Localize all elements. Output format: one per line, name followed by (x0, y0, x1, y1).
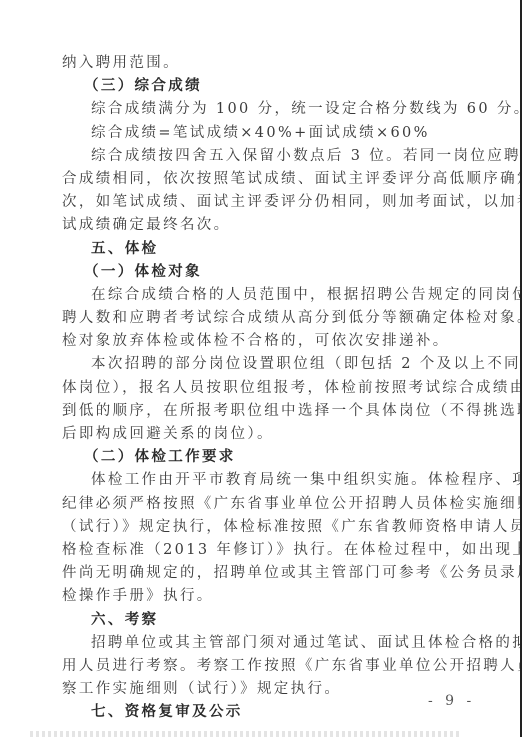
body-line: 综合成绩满分为 100 分，统一设定合格分数线为 60 分。 (62, 98, 467, 121)
body-line: 次，如笔试成绩、面试主评委评分仍相同，则加考面试，以加考面 (62, 191, 467, 214)
body-line: 试成绩确定最终名次。 (62, 214, 467, 237)
page-content: 纳入聘用范围。 （三）综合成绩 综合成绩满分为 100 分，统一设定合格分数线为… (62, 52, 467, 724)
body-line: 检对象放弃体检或体检不合格的，可依次安排递补。 (62, 330, 467, 353)
chapter-heading: 七、资格复审及公示 (62, 701, 467, 724)
section-heading: （三）综合成绩 (62, 75, 467, 98)
body-line: 体检工作由开平市教育局统一集中组织实施。体检程序、项目、 (62, 469, 467, 492)
body-line: 纪律必须严格按照《广东省事业单位公开招聘人员体检实施细则 (62, 493, 467, 516)
body-line: 聘人数和应聘者考试综合成绩从高分到低分等额确定体检对象。体 (62, 307, 467, 330)
page-number: - 9 - (428, 693, 475, 709)
chapter-heading: 五、体检 (62, 238, 467, 261)
body-line: 检操作手册》执行。 (62, 585, 467, 608)
chapter-heading: 六、考察 (62, 609, 467, 632)
body-line: 件尚无明确规定的，招聘单位或其主管部门可参考《公务员录用体 (62, 562, 467, 585)
body-line: 在综合成绩合格的人员范围中，根据招聘公告规定的同岗位招 (62, 284, 467, 307)
formula-line: 综合成绩=笔试成绩×40%+面试成绩×60% (62, 122, 467, 145)
body-line: 招聘单位或其主管部门须对通过笔试、面试且体检合格的拟聘 (62, 632, 467, 655)
body-line: 综合成绩按四舍五入保留小数点后 3 位。若同一岗位应聘者综 (62, 145, 467, 168)
body-line: 用人员进行考察。考察工作按照《广东省事业单位公开招聘人员考 (62, 655, 467, 678)
body-line: 合成绩相同，依次按照笔试成绩、面试主评委评分高低顺序确定名 (62, 168, 467, 191)
body-line: （试行）》规定执行，体检标准按照《广东省教师资格申请人员体 (62, 516, 467, 539)
section-heading: （一）体检对象 (62, 261, 467, 284)
body-line: 后即构成回避关系的岗位）。 (62, 423, 467, 446)
body-line: 纳入聘用范围。 (62, 52, 467, 75)
body-line: 格检查标准（2013 年修订）》执行。在体检过程中，如出现上述文 (62, 539, 467, 562)
document-page: 纳入聘用范围。 （三）综合成绩 综合成绩满分为 100 分，统一设定合格分数线为… (0, 0, 522, 737)
body-line: 察工作实施细则（试行）》规定执行。 (62, 678, 467, 701)
body-line: 体岗位），报名人员按职位组报考，体检前按照考试综合成绩由高 (62, 377, 467, 400)
section-heading: （二）体检工作要求 (62, 446, 467, 469)
body-line: 本次招聘的部分岗位设置职位组（即包括 2 个及以上不同的具 (62, 353, 467, 376)
next-page-edge (30, 731, 460, 737)
body-line: 到低的顺序，在所报考职位组中选择一个具体岗位（不得挑选聘用 (62, 400, 467, 423)
